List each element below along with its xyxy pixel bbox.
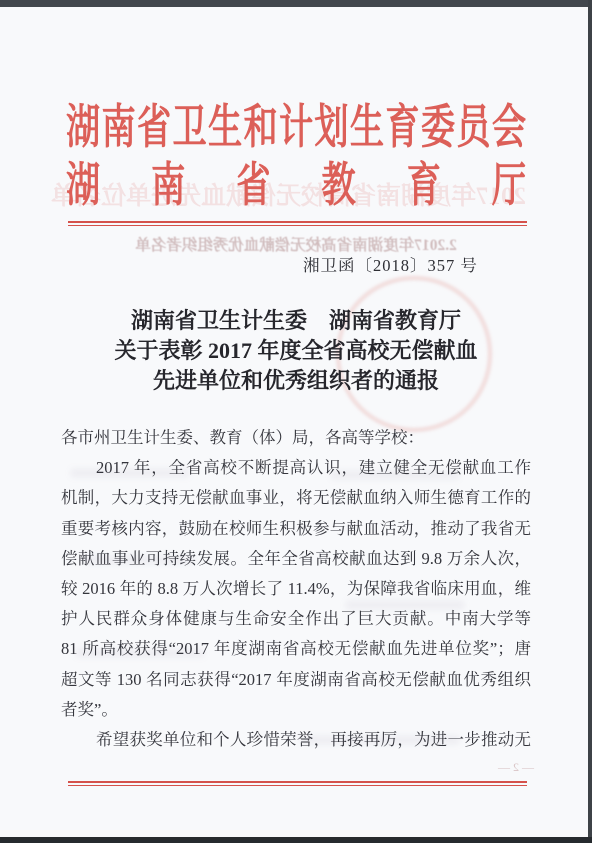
body-line: 81 所高校获得“2017 年度湖南省高校无偿献血先进单位奖”；唐 <box>61 634 531 664</box>
body-line: 希望获奖单位和个人珍惜荣誉，再接再厉，为进一步推动无 <box>61 725 531 755</box>
body-line: 者奖”。 <box>61 695 531 725</box>
body-line: 较 2016 年的 8.8 万人次增长了 11.4%，为保障我省临床用血，维 <box>61 574 531 604</box>
body-line: 超文等 130 名同志获得“2017 年度湖南省高校无偿献血优秀组织 <box>61 665 531 695</box>
document-body: 各市州卫生计生委、教育（体）局，各高等学校： 2017 年，全省高校不断提高认识… <box>61 423 531 755</box>
body-line: 护人民群众身体健康与生命安全作出了巨大贡献。中南大学等 <box>61 604 531 634</box>
document-title-line: 关于表彰 2017 年度全省高校无偿献血 <box>0 336 592 366</box>
body-line: 重要考核内容，鼓励在校师生积极参与献血活动，推动了我省无 <box>61 514 531 544</box>
body-line: 偿献血事业可持续发展。全年全省高校献血达到 9.8 万余人次， <box>61 544 531 574</box>
document-title: 湖南省卫生计生委 湖南省教育厅 关于表彰 2017 年度全省高校无偿献血 先进单… <box>0 306 592 396</box>
scan-edge-bottom <box>0 837 592 843</box>
scan-edge-top <box>0 0 592 7</box>
footer-red-rule <box>68 781 527 786</box>
document-title-line: 先进单位和优秀组织者的通报 <box>0 366 592 396</box>
body-salutation: 各市州卫生计生委、教育（体）局，各高等学校： <box>61 423 531 453</box>
scanned-document-page: 2017年度湖南省高校无偿献血先进单位名单 湖南省卫生和计划生育委员会 湖南省教… <box>0 0 592 843</box>
letterhead-agency-1: 湖南省卫生和计划生育委员会 <box>66 99 526 157</box>
header-red-rule <box>68 221 527 226</box>
letterhead: 湖南省卫生和计划生育委员会 湖南省教育厅 <box>66 99 526 219</box>
bleed-through-page-number: — 2 — <box>498 760 534 775</box>
letterhead-agency-2: 湖南省教育厅 <box>66 157 526 215</box>
body-line: 机制，大力支持无偿献血事业，将无偿献血纳入师生德育工作的 <box>61 483 531 513</box>
scan-edge-right <box>588 0 592 843</box>
document-title-line: 湖南省卫生计生委 湖南省教育厅 <box>0 306 592 336</box>
body-line: 2017 年，全省高校不断提高认识，建立健全无偿献血工作 <box>61 453 531 483</box>
document-number: 湘卫函〔2018〕357 号 <box>303 252 478 276</box>
